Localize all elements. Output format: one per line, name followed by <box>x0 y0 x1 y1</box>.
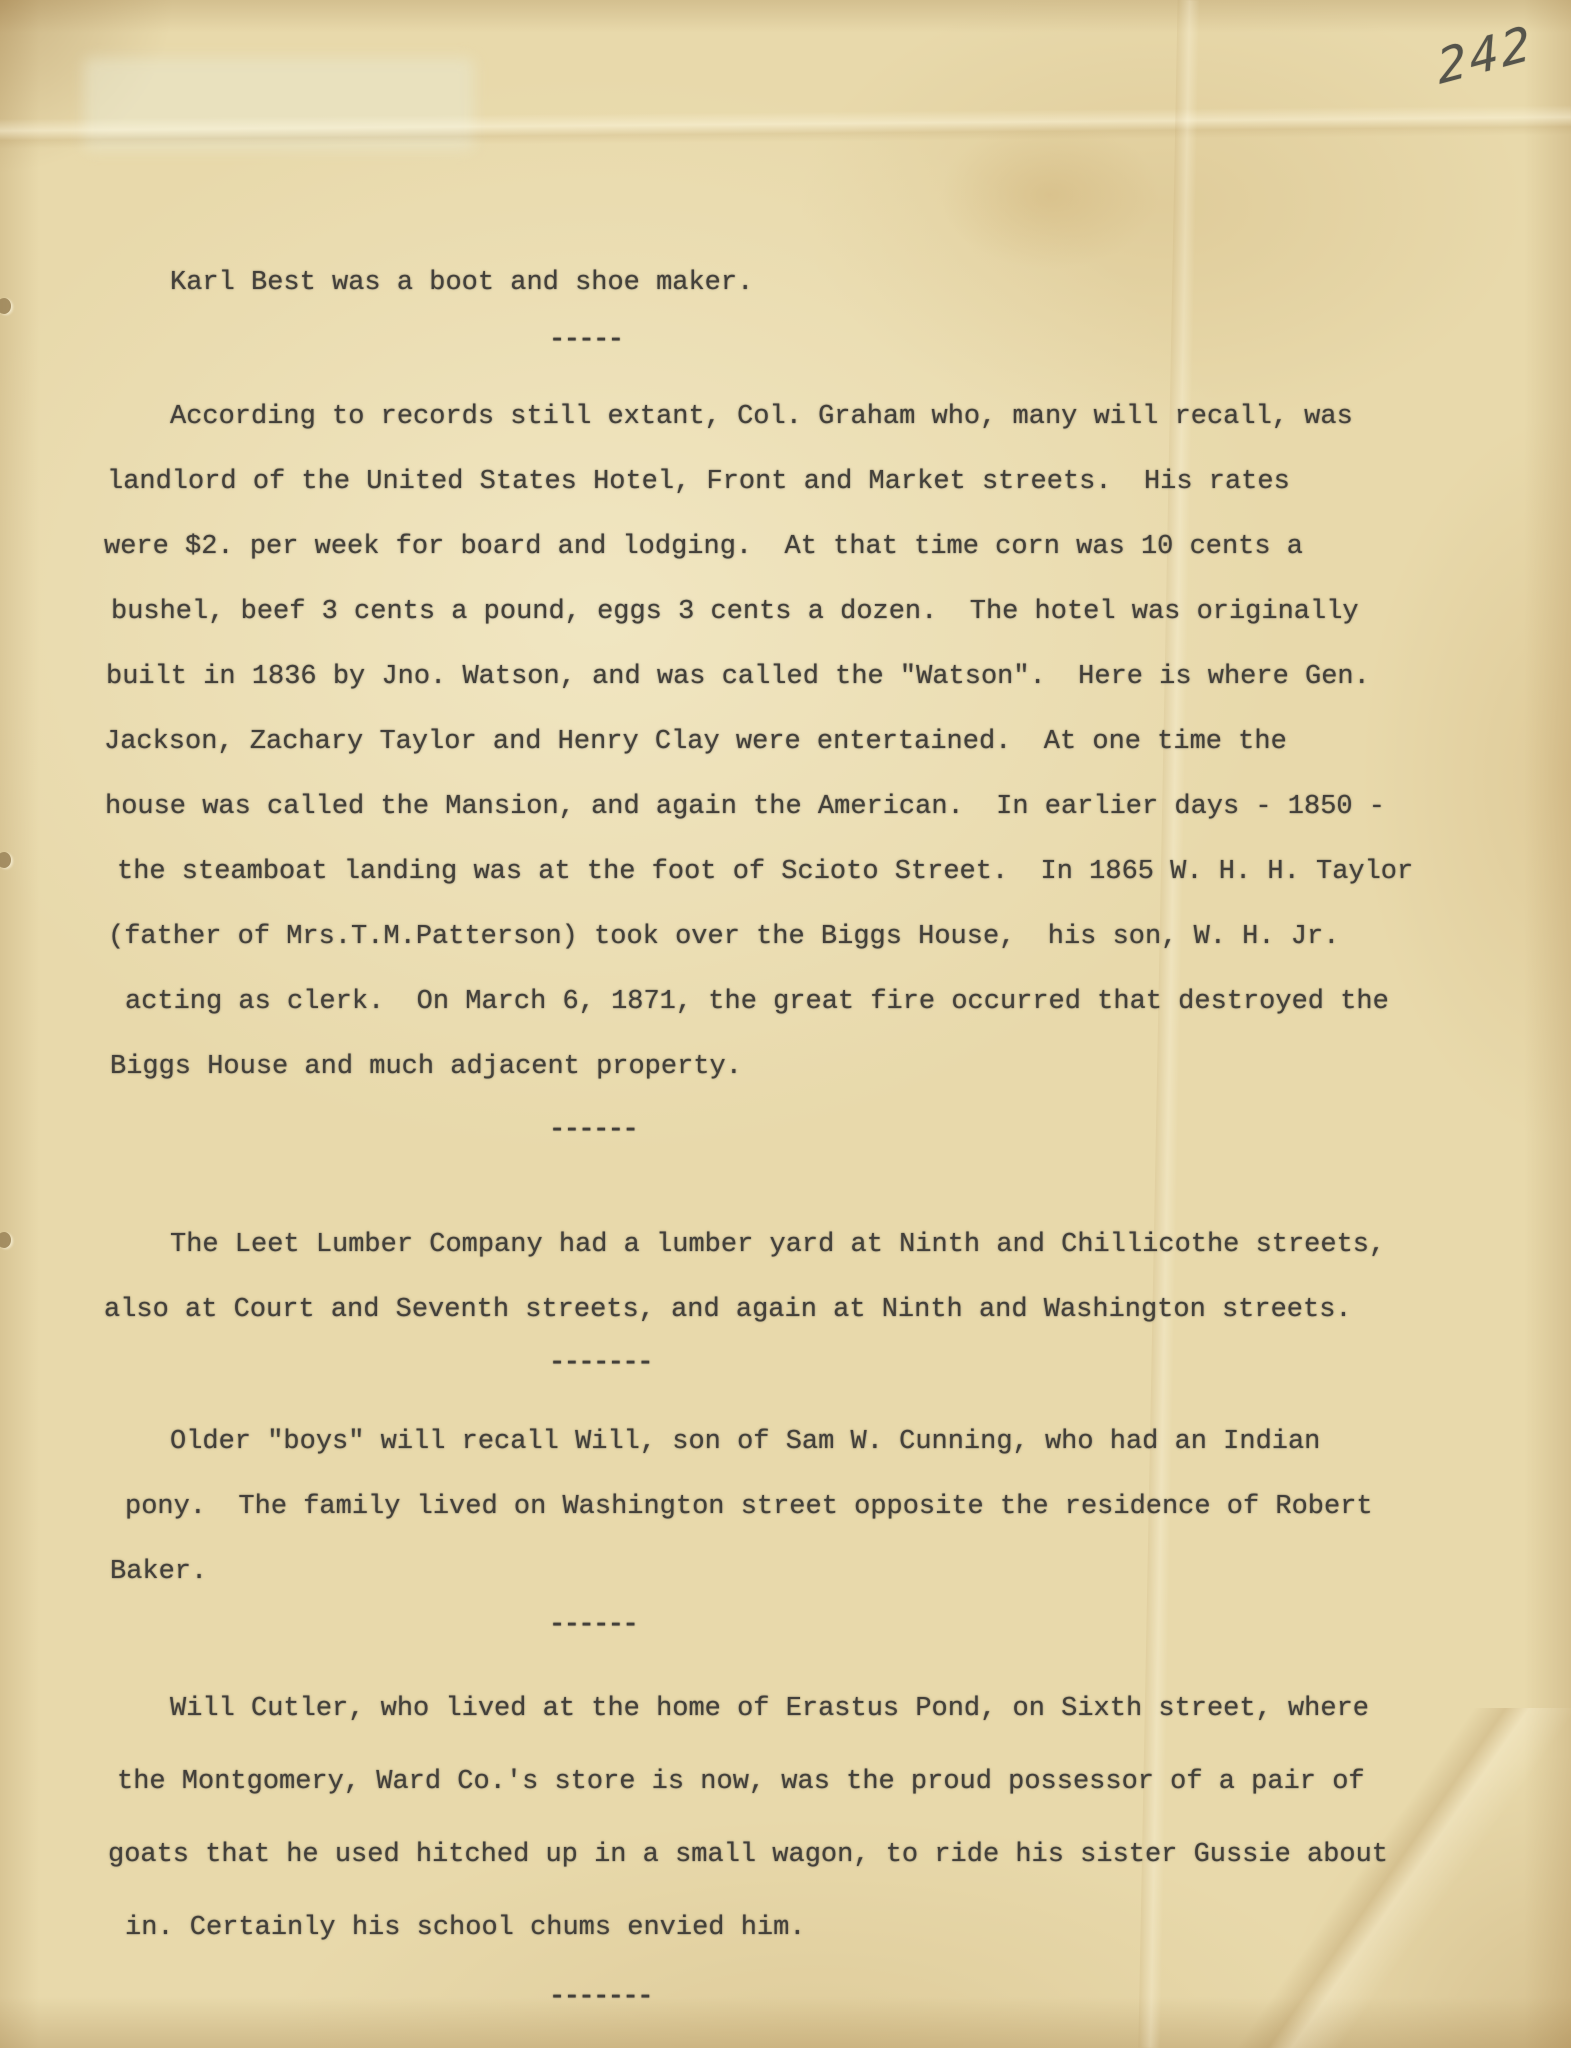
divider-dashes: ------ <box>549 1597 637 1652</box>
text-line: also at Court and Seventh streets, and a… <box>104 1278 1524 1343</box>
text-line: were $2. per week for board and lodging.… <box>104 515 1524 580</box>
text-line: According to records still extant, Col. … <box>170 385 1524 450</box>
text-line: in. Certainly his school chums envied hi… <box>125 1892 1524 1965</box>
section-divider: ------- <box>104 1339 1524 1387</box>
section-divider: ----- <box>104 316 1524 364</box>
text-line: pony. The family lived on Washington str… <box>125 1475 1524 1540</box>
text-line: landlord of the United States Hotel, Fro… <box>107 450 1524 515</box>
paper-edge-nick <box>0 1232 11 1248</box>
typewritten-text: Karl Best was a boot and shoe maker.----… <box>104 251 1524 2021</box>
text-line: Karl Best was a boot and shoe maker. <box>170 251 1524 316</box>
text-line: Will Cutler, who lived at the home of Er… <box>170 1673 1524 1746</box>
section-divider: ------ <box>104 1106 1524 1154</box>
text-line: Baker. <box>110 1540 1524 1605</box>
paper-edge-nick <box>0 298 11 314</box>
divider-dashes: ------- <box>549 1969 652 2024</box>
text-line: the Montgomery, Ward Co.'s store is now,… <box>117 1746 1524 1819</box>
text-line: bushel, beef 3 cents a pound, eggs 3 cen… <box>111 580 1524 645</box>
text-line: the steamboat landing was at the foot of… <box>117 840 1524 905</box>
text-line: (father of Mrs.T.M.Patterson) took over … <box>108 905 1524 970</box>
paragraph: The Leet Lumber Company had a lumber yar… <box>104 1213 1524 1343</box>
scanned-paper-page: 242 Karl Best was a boot and shoe maker.… <box>0 0 1571 2048</box>
paragraph: Older "boys" will recall Will, son of Sa… <box>104 1410 1524 1605</box>
text-line: house was called the Mansion, and again … <box>105 775 1524 840</box>
text-line: Jackson, Zachary Taylor and Henry Clay w… <box>104 710 1524 775</box>
divider-dashes: ------- <box>549 1335 652 1390</box>
text-line: goats that he used hitched up in a small… <box>108 1819 1524 1892</box>
section-divider: ------ <box>104 1601 1524 1649</box>
text-line: built in 1836 by Jno. Watson, and was ca… <box>106 645 1524 710</box>
paragraph: According to records still extant, Col. … <box>104 385 1524 1100</box>
text-line: acting as clerk. On March 6, 1871, the g… <box>125 970 1524 1035</box>
divider-dashes: ------ <box>549 1102 637 1157</box>
paper-edge-nick <box>0 852 11 868</box>
paragraph: Karl Best was a boot and shoe maker. <box>104 251 1524 316</box>
paragraph: Will Cutler, who lived at the home of Er… <box>104 1673 1524 1965</box>
text-line: The Leet Lumber Company had a lumber yar… <box>170 1213 1524 1278</box>
handwritten-page-number: 242 <box>1435 15 1536 96</box>
text-line: Biggs House and much adjacent property. <box>110 1035 1524 1100</box>
text-line: Older "boys" will recall Will, son of Sa… <box>170 1410 1524 1475</box>
section-divider: ------- <box>104 1973 1524 2021</box>
paper-stain <box>940 120 1160 270</box>
divider-dashes: ----- <box>549 312 623 367</box>
